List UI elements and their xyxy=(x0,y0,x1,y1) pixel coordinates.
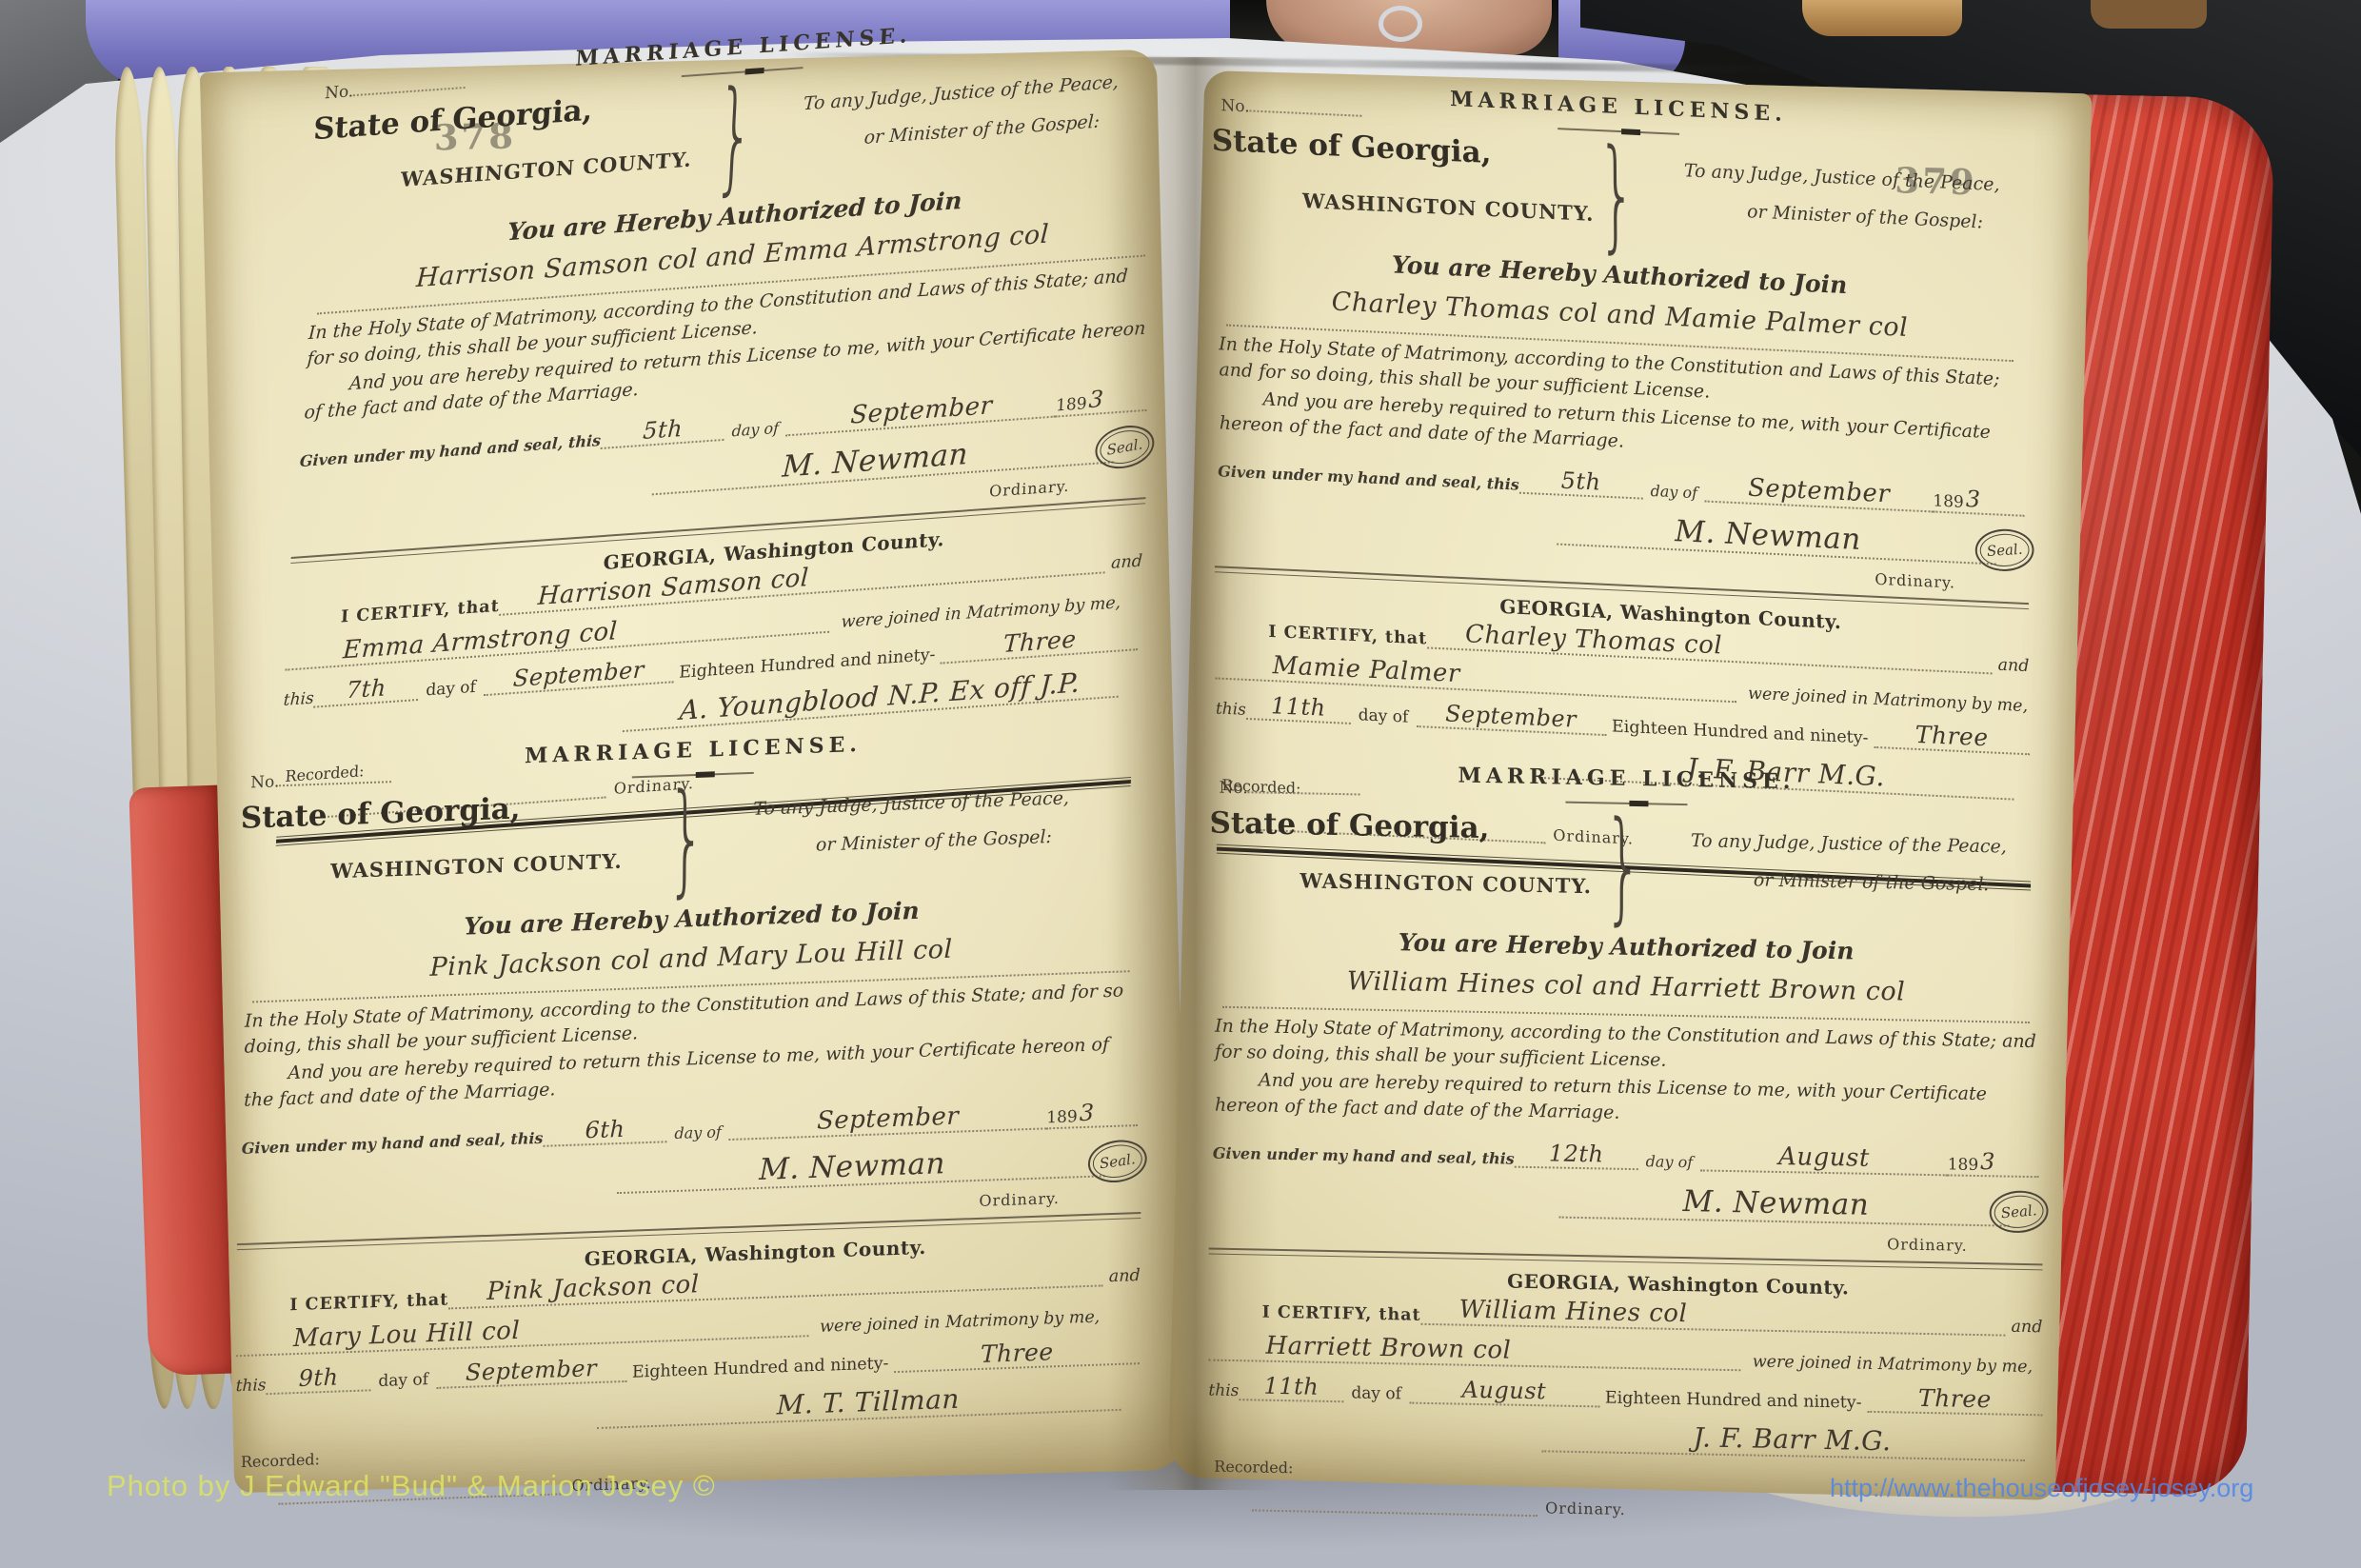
issue-day: 6th xyxy=(543,1116,666,1147)
marriage-year-word: Three xyxy=(1868,1385,2043,1417)
certify-groom: William Hines col xyxy=(1421,1297,2006,1337)
issue-day: 5th xyxy=(1519,466,1643,499)
state-county: State of Georgia, WASHINGTON COUNTY. xyxy=(308,86,699,217)
left-page: 378 No. MARRIAGE LICENSE. State of Georg… xyxy=(200,50,1191,1493)
seal-stamp: Seal. xyxy=(1988,1188,2051,1235)
marriage-license-right-bottom: No. MARRIAGE LICENSE. State of Georgia, … xyxy=(1208,758,2043,1526)
brace-glyph: } xyxy=(713,86,757,189)
photo-credit-watermark: Photo by J Edward "Bud" & Marion Josey © xyxy=(107,1469,716,1503)
ordinary-label: Ordinary. xyxy=(1887,1235,1968,1255)
county-heading: WASHINGTON COUNTY. xyxy=(330,848,647,883)
certify-bride: Harriett Brown col xyxy=(1208,1332,1740,1371)
ordinary-signature-row: M. Newman Seal. Ordinary. xyxy=(1209,1165,2043,1241)
marriage-license-left-top: No. MARRIAGE LICENSE. State of Georgia, … xyxy=(276,5,1172,846)
county-heading: WASHINGTON COUNTY. xyxy=(400,147,696,191)
certify-bride-row: Harriett Brown col were joined in Matrim… xyxy=(1208,1332,2042,1377)
chair-edge xyxy=(2091,0,2207,29)
right-page: 379 No. MARRIAGE LICENSE. State of Georg… xyxy=(1168,70,2092,1500)
county-heading: WASHINGTON COUNTY. xyxy=(1302,189,1578,225)
marriage-month: August xyxy=(1409,1377,1599,1407)
issue-year: 1893 xyxy=(1933,484,2024,516)
marriage-license-left-bottom: No. MARRIAGE LICENSE. State of Georgia, … xyxy=(235,722,1145,1506)
issue-month: August xyxy=(1700,1142,1948,1176)
addressee: To any Judge, Justice of the Peace, or M… xyxy=(1662,815,2043,926)
brace-glyph: } xyxy=(666,789,706,890)
url-watermark: http://www.thehouseofjosey-josey.org xyxy=(1830,1474,2253,1503)
issue-day: 5th xyxy=(601,414,725,449)
photograph-of-marriage-record-book: 378 No. MARRIAGE LICENSE. State of Georg… xyxy=(0,0,2361,1568)
ordinary-label: Ordinary. xyxy=(979,1189,1060,1210)
seal-stamp: Seal. xyxy=(1973,527,2035,573)
addressee: To any Judge, Justice of the Peace, or M… xyxy=(724,770,1145,888)
brace-glyph: } xyxy=(1604,817,1643,918)
state-row: State of Georgia, WASHINGTON COUNTY. } T… xyxy=(1209,805,2043,925)
brace-glyph: } xyxy=(1597,145,1637,247)
issue-year: 1893 xyxy=(1948,1147,2039,1178)
chair-edge xyxy=(1802,0,1962,36)
issue-day: 12th xyxy=(1515,1141,1638,1169)
addressee: To any Judge, Justice of the Peace, or M… xyxy=(1656,144,2027,265)
state-county: State of Georgia, WASHINGTON COUNTY. xyxy=(240,787,647,905)
finger-ring xyxy=(1379,6,1422,42)
ordinary-label: Ordinary. xyxy=(1875,570,1955,592)
book-gutter-shadow xyxy=(1106,57,1278,1490)
certify-bride: Mary Lou Hill col xyxy=(236,1308,808,1357)
couple-names-handwritten: William Hines col and Harriett Brown col xyxy=(1222,964,2030,1023)
county-heading: WASHINGTON COUNTY. xyxy=(1300,868,1584,898)
marriage-day: 9th xyxy=(266,1364,370,1395)
ordinary-label: Ordinary. xyxy=(989,476,1070,500)
